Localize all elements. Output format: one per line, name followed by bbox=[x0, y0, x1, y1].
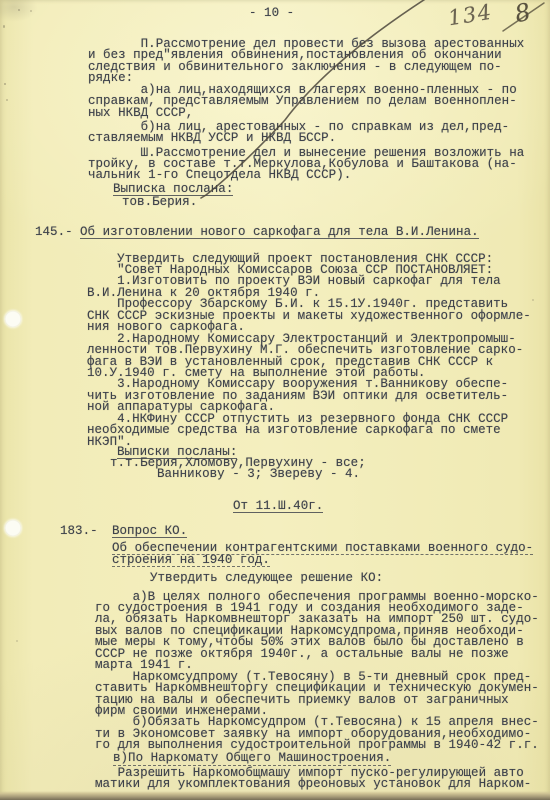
paper-speck bbox=[30, 10, 32, 12]
paper-speck bbox=[4, 83, 6, 85]
paper-speck bbox=[18, 9, 20, 11]
item-183-intro: Утвердить следующее решение КО: bbox=[150, 573, 383, 584]
scan-bottom-edge bbox=[0, 791, 550, 800]
item-183-title-line-2: строения на 1940 год. bbox=[112, 555, 270, 568]
punch-hole-top bbox=[5, 311, 21, 327]
paper-speck bbox=[16, 640, 18, 642]
paper-speck bbox=[6, 99, 8, 101]
handwritten-number: 134 bbox=[446, 0, 494, 30]
page-number: - 10 - bbox=[249, 8, 294, 19]
item-183-body: а)В целях полного обеспечения программы … bbox=[95, 592, 539, 752]
corner-smudge bbox=[0, 0, 38, 22]
item-183-subheading-v: в)По Наркомату Общего Машиностроения. bbox=[113, 753, 391, 766]
excerpt-recipient: тов.Берия. bbox=[122, 197, 197, 208]
paper-speck bbox=[97, 174, 99, 176]
date-heading: От 11.Ш.40г. bbox=[233, 501, 323, 514]
item-145-number: 145.- bbox=[35, 227, 73, 238]
item-145-title: Об изготовлении нового саркофага для тел… bbox=[80, 227, 479, 240]
handwritten-number-secondary: 8 bbox=[512, 0, 533, 28]
paper-speck bbox=[3, 25, 5, 28]
item-183-number: 183.- bbox=[60, 526, 98, 537]
excerpts-recipients-line-2: Ванникову - 3; Звереву - 4. bbox=[157, 469, 360, 480]
paper-speck bbox=[532, 299, 534, 301]
section-ii-paragraph-b: б)на лиц, арестованных - по справкам из … bbox=[88, 122, 509, 145]
punch-hole-bottom bbox=[5, 520, 21, 536]
item-145-body: Утвердить следующий проект постановления… bbox=[87, 254, 531, 449]
scanned-document-page: - 10 - 134 8 П.Рассмотрение дел провести… bbox=[0, 0, 550, 800]
item-183-body-v: Разрешить Наркомобщмашу импорт пуско-рег… bbox=[95, 768, 531, 791]
item-183-subject: Вопрос КО. bbox=[112, 526, 187, 539]
section-ii-paragraph-main: П.Рассмотрение дел провести без вызова а… bbox=[88, 39, 524, 119]
section-ii-paragraph-iii: Ш.Рассмотрение дел и вынесение решения в… bbox=[88, 148, 524, 182]
